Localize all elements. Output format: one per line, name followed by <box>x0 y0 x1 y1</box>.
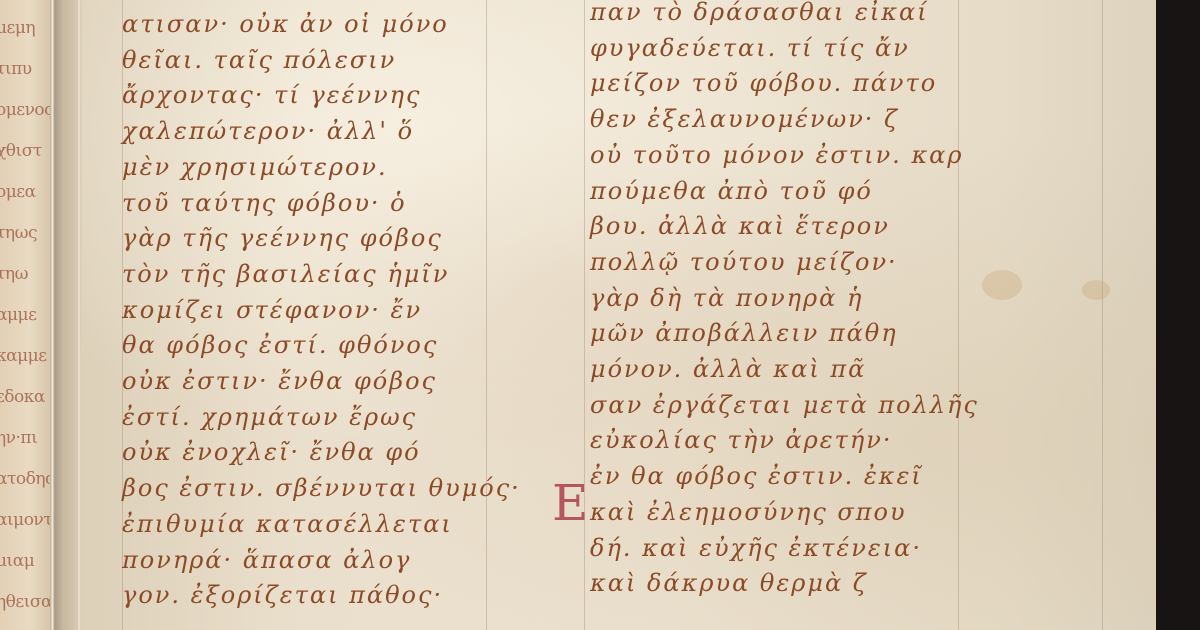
facing-page-text-fragment: ατοδηα <box>0 469 50 489</box>
manuscript-text-line: βου. ἀλλὰ καὶ ἕτερον <box>590 212 890 240</box>
manuscript-text-line: γὰρ δὴ τὰ πονηρὰ ἡ <box>590 284 863 312</box>
ruling-line <box>1102 0 1103 630</box>
manuscript-text-line: μείζον τοῦ φόβου. πάντο <box>590 69 937 97</box>
manuscript-text-line: γὰρ τῆς γεέννης φόβος <box>122 224 443 252</box>
manuscript-text-line: ἐστί. χρημάτων ἔρως <box>122 403 417 431</box>
facing-page-text-fragment: αιμοντ <box>0 510 50 530</box>
manuscript-text-line: μῶν ἀποβάλλειν πάθη <box>590 319 898 347</box>
manuscript-text-line: γον. ἐξορίζεται πάθος· <box>122 581 443 609</box>
manuscript-text-line: πονηρά· ἅπασα ἀλογ <box>122 546 411 574</box>
facing-page-text-fragment: ην·πι <box>0 428 37 448</box>
manuscript-text-line: θα φόβος ἐστί. φθόνος <box>122 331 438 359</box>
manuscript-text-line: τοῦ ταύτης φόβου· ὁ <box>122 189 407 217</box>
manuscript-text-line: ἄρχοντας· τί γεέννης <box>122 81 422 109</box>
manuscript-text-line: σαν ἐργάζεται μετὰ πολλῆς <box>590 391 979 419</box>
manuscript-text-line: ατισαν· οὐκ ἀν οἱ μόνο <box>122 10 449 38</box>
manuscript-text-line: οὐ τοῦτο μόνον ἐστιν. καρ <box>590 141 964 169</box>
facing-page-text-fragment: εδοκα <box>0 387 45 407</box>
facing-page-edge: μεμητιπυομενοςχθιστομεατηωςτηωαμμεκαμμεε… <box>0 0 50 630</box>
manuscript-text-line: πούμεθα ἀπὸ τοῦ φό <box>590 177 873 205</box>
manuscript-text-line: θεῖαι. ταῖς πόλεσιν <box>122 46 396 74</box>
manuscript-text-line: πολλῷ τούτου μείζον· <box>590 248 898 276</box>
facing-page-text-fragment: μιαμ <box>0 551 34 571</box>
facing-page-text-fragment: ομεα <box>0 182 36 202</box>
manuscript-text-line: τὸν τῆς βασιλείας ἡμῖν <box>122 260 449 288</box>
stain <box>982 270 1022 300</box>
manuscript-text-line: μὲν χρησιμώτερον. <box>122 153 388 181</box>
manuscript-text-line: βος ἐστιν. σβέννυται θυμός· <box>122 474 521 502</box>
ruling-line <box>486 0 487 630</box>
manuscript-text-line: καὶ δάκρυα θερμὰ ζ <box>590 569 868 597</box>
manuscript-text-line: εὐκολίας τὴν ἀρετήν· <box>590 426 893 454</box>
stain <box>1082 280 1110 300</box>
manuscript-text-line: οὐκ ἐνοχλεῖ· ἔνθα φό <box>122 438 421 466</box>
manuscript-text-line: θεν ἐξελαυνομένων· ζ <box>590 105 899 133</box>
facing-page-text-fragment: μεμη <box>0 18 35 38</box>
facing-page-text-fragment: χθιστ <box>0 141 42 161</box>
manuscript-text-line: παν τὸ δράσασθαι εἰκαί <box>590 0 929 26</box>
manuscript-text-line: μόνον. ἀλλὰ καὶ πᾶ <box>590 355 866 383</box>
binding-gutter <box>50 0 82 630</box>
facing-page-text-fragment: τηω <box>0 264 28 284</box>
manuscript-text-line: καὶ ἐλεημοσύνης σπου <box>590 498 907 526</box>
manuscript-text-line: δή. καὶ εὐχῆς ἐκτένεια· <box>590 534 922 562</box>
facing-page-text-fragment: ομενος <box>0 100 50 120</box>
manuscript-text-line: ἐν θα φόβος ἐστιν. ἐκεῖ <box>590 462 923 490</box>
ruling-line <box>958 0 959 630</box>
facing-page-text-fragment: αμμε <box>0 305 36 325</box>
ruling-line <box>584 0 585 630</box>
facing-page-text-fragment: καμμε <box>0 346 47 366</box>
manuscript-text-line: οὐκ ἐστιν· ἔνθα φόβος <box>122 367 437 395</box>
manuscript-text-line: κομίζει στέφανον· ἔν <box>122 296 422 324</box>
rubricated-initial: Ε <box>552 478 589 528</box>
facing-page-text-fragment: ηθεισα <box>0 592 50 612</box>
facing-page-text-fragment: τιπυ <box>0 59 32 79</box>
manuscript-scan: μεμητιπυομενοςχθιστομεατηωςτηωαμμεκαμμεε… <box>0 0 1200 630</box>
manuscript-text-line: χαλεπώτερον· ἀλλ' ὅ <box>122 117 414 145</box>
manuscript-text-line: φυγαδεύεται. τί τίς ἄν <box>590 34 910 62</box>
facing-page-text-fragment: τηως <box>0 223 37 243</box>
manuscript-text-line: ἐπιθυμία κατασέλλεται <box>122 510 453 538</box>
scan-background-edge <box>1156 0 1200 630</box>
